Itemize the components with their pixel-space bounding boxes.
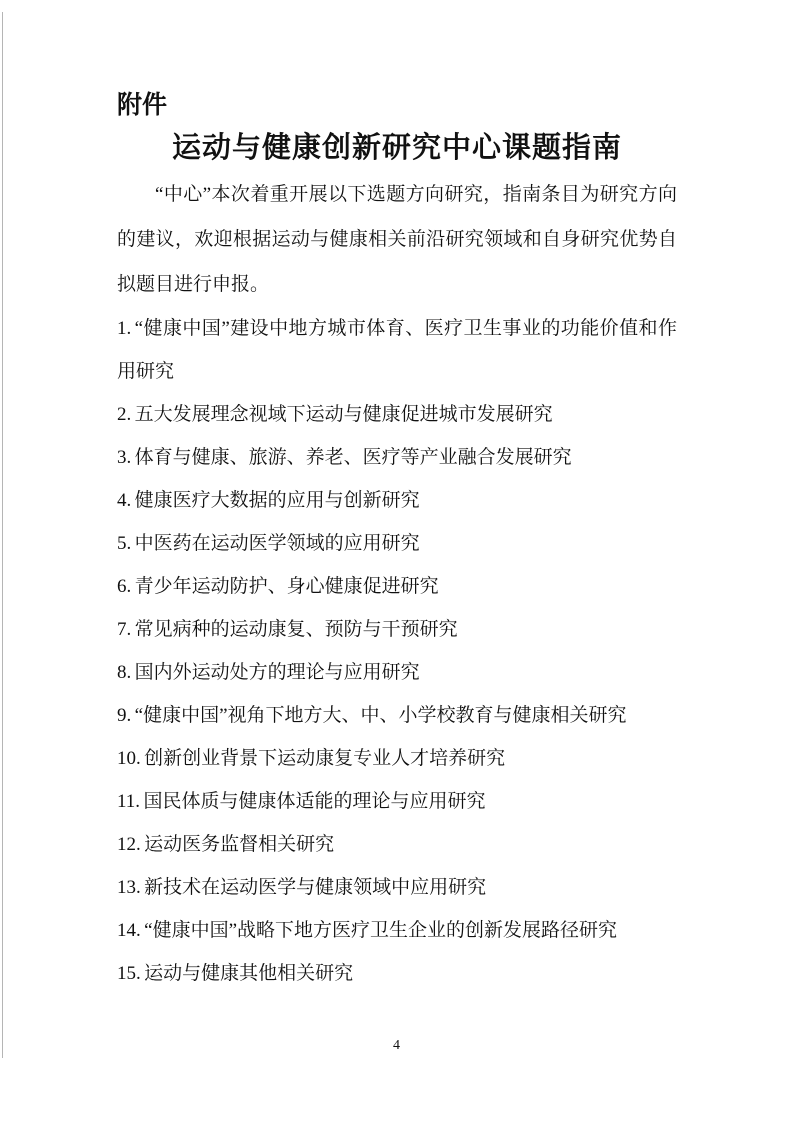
topic-number: 10. — [117, 748, 141, 769]
topic-text: 常见病种的运动康复、预防与干预研究 — [135, 619, 458, 640]
topic-text: 中医药在运动医学领域的应用研究 — [135, 533, 420, 554]
topic-item: 12.运动医务监督相关研究 — [117, 823, 677, 866]
topic-text: 健康医疗大数据的应用与创新研究 — [135, 490, 420, 511]
topic-item: 6.青少年运动防护、身心健康促进研究 — [117, 565, 677, 608]
page-number: 4 — [0, 1036, 793, 1056]
document-title: 运动与健康创新研究中心课题指南 — [117, 128, 677, 168]
topic-text: 创新创业背景下运动康复专业人才培养研究 — [144, 748, 505, 769]
topic-text: 国内外运动处方的理论与应用研究 — [135, 662, 420, 683]
topic-number: 6. — [117, 576, 131, 597]
topic-item: 8.国内外运动处方的理论与应用研究 — [117, 651, 677, 694]
topic-number: 1. — [117, 318, 131, 339]
topic-item: 9.“健康中国”视角下地方大、中、小学校教育与健康相关研究 — [117, 694, 677, 737]
topic-text: 国民体质与健康体适能的理论与应用研究 — [143, 791, 485, 812]
document-page: 附件 运动与健康创新研究中心课题指南 “中心”本次着重开展以下选题方向研究，指南… — [0, 0, 793, 1122]
topic-number: 4. — [117, 490, 131, 511]
attachment-label: 附件 — [117, 90, 677, 122]
topic-item: 5.中医药在运动医学领域的应用研究 — [117, 522, 677, 565]
topic-item: 10.创新创业背景下运动康复专业人才培养研究 — [117, 737, 677, 780]
topic-item: 4.健康医疗大数据的应用与创新研究 — [117, 479, 677, 522]
topic-number: 9. — [117, 705, 131, 726]
topic-number: 14. — [117, 920, 141, 941]
topic-number: 12. — [117, 834, 141, 855]
topic-text: 五大发展理念视域下运动与健康促进城市发展研究 — [135, 404, 553, 425]
topic-text: 运动医务监督相关研究 — [144, 834, 334, 855]
topic-text: 体育与健康、旅游、养老、医疗等产业融合发展研究 — [135, 447, 572, 468]
topic-number: 7. — [117, 619, 131, 640]
topic-number: 2. — [117, 404, 131, 425]
topic-item: 1.“健康中国”建设中地方城市体育、医疗卫生事业的功能价值和作用研究 — [117, 307, 677, 393]
topic-item: 3.体育与健康、旅游、养老、医疗等产业融合发展研究 — [117, 436, 677, 479]
topic-number: 3. — [117, 447, 131, 468]
topic-text: “健康中国”视角下地方大、中、小学校教育与健康相关研究 — [135, 705, 627, 726]
topic-item: 7.常见病种的运动康复、预防与干预研究 — [117, 608, 677, 651]
topic-list: 1.“健康中国”建设中地方城市体育、医疗卫生事业的功能价值和作用研究2.五大发展… — [117, 307, 677, 995]
topic-text: “健康中国”战略下地方医疗卫生企业的创新发展路径研究 — [144, 920, 617, 941]
topic-item: 2.五大发展理念视域下运动与健康促进城市发展研究 — [117, 393, 677, 436]
page-edge-line — [2, 12, 3, 1058]
topic-number: 11. — [117, 791, 140, 812]
topic-number: 8. — [117, 662, 131, 683]
topic-text: 运动与健康其他相关研究 — [144, 963, 353, 984]
intro-paragraph: “中心”本次着重开展以下选题方向研究，指南条目为研究方向的建议，欢迎根据运动与健… — [117, 172, 677, 307]
topic-number: 13. — [117, 877, 141, 898]
topic-item: 11.国民体质与健康体适能的理论与应用研究 — [117, 780, 677, 823]
topic-number: 5. — [117, 533, 131, 554]
topic-text: 新技术在运动医学与健康领域中应用研究 — [144, 877, 486, 898]
topic-item: 14.“健康中国”战略下地方医疗卫生企业的创新发展路径研究 — [117, 909, 677, 952]
topic-item: 13.新技术在运动医学与健康领域中应用研究 — [117, 866, 677, 909]
topic-text: 青少年运动防护、身心健康促进研究 — [135, 576, 439, 597]
topic-text: “健康中国”建设中地方城市体育、医疗卫生事业的功能价值和作用研究 — [117, 318, 677, 382]
topic-item: 15.运动与健康其他相关研究 — [117, 952, 677, 995]
document-content: 附件 运动与健康创新研究中心课题指南 “中心”本次着重开展以下选题方向研究，指南… — [117, 90, 677, 995]
topic-number: 15. — [117, 963, 141, 984]
